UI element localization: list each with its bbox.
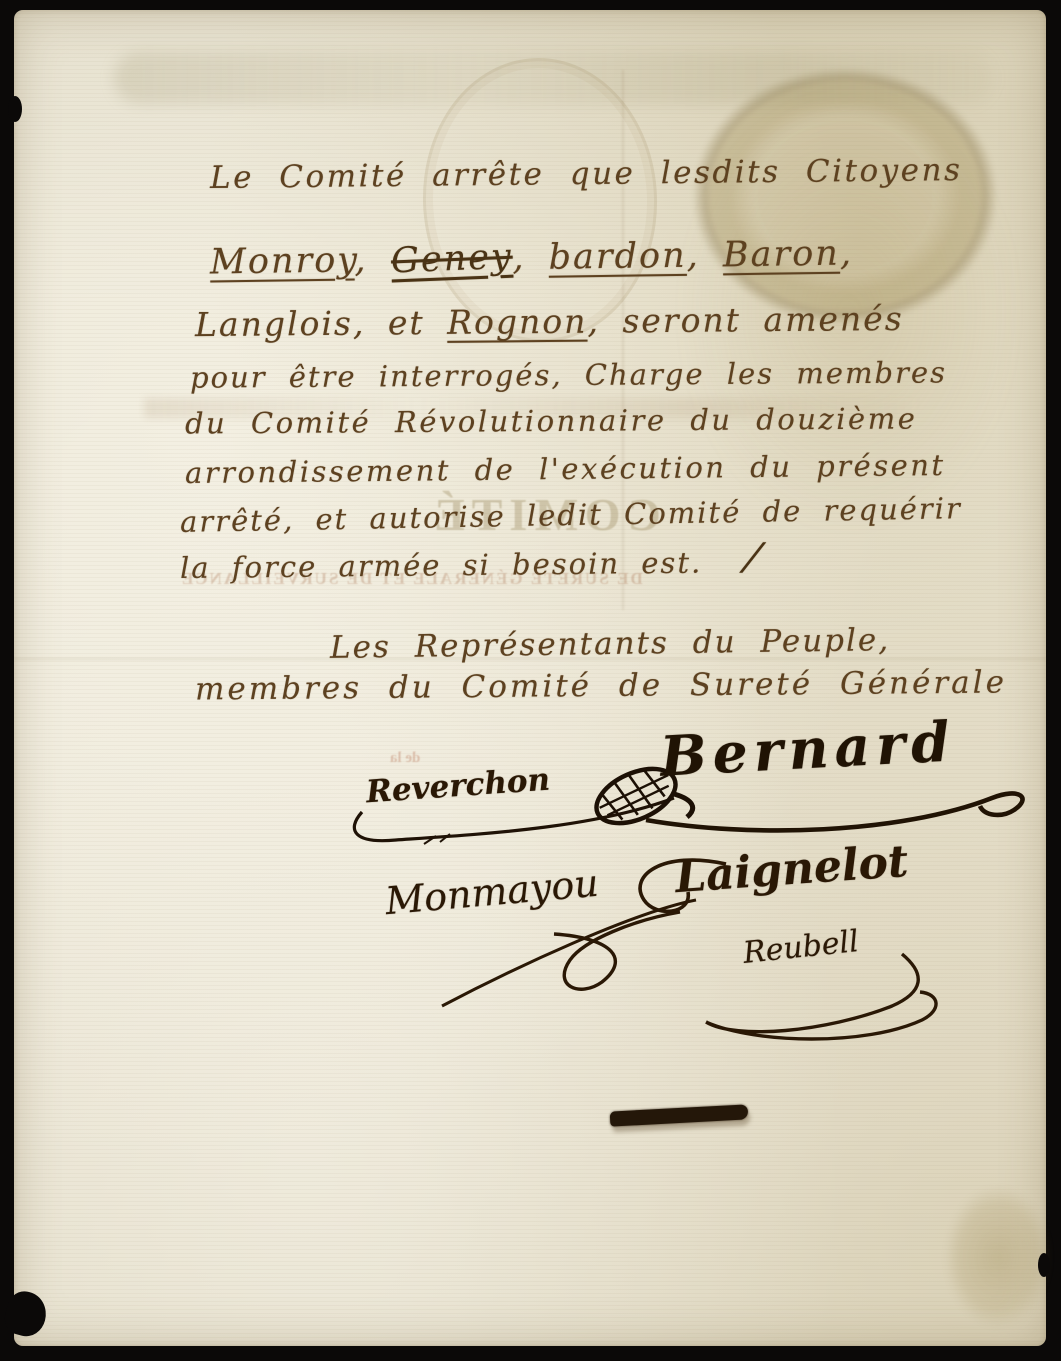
manuscript-line-3: Langlois, et Rognon, seront amenés xyxy=(195,299,904,344)
separator: , xyxy=(354,240,391,281)
arrested-name-monroy: Monroy xyxy=(210,240,355,282)
arrested-name-langlois: Langlois xyxy=(195,304,353,344)
arrested-name-bardon: bardon xyxy=(548,236,687,278)
signature-flourish-reubell xyxy=(696,948,946,1052)
arrested-name-baron: Baron xyxy=(723,234,840,276)
manuscript-line-5: du Comité Révolutionnaire du douzième xyxy=(185,401,918,440)
photo-backdrop: { "artifact": { "background_color": "#0b… xyxy=(0,0,1061,1361)
bleed-smudge-top xyxy=(114,52,994,104)
separator: , et xyxy=(353,303,448,343)
signature-flourish-laignelot xyxy=(622,848,732,938)
closing-line-2: membres du Comité de Sureté Générale xyxy=(195,664,1007,707)
separator: , xyxy=(840,234,854,274)
manuscript-line-8: la force armée si besoin est. ⁄ xyxy=(180,535,759,588)
paraph-mark: ⁄ xyxy=(749,535,758,582)
struck-name-geney: Geney xyxy=(390,237,513,282)
paper-nick-right xyxy=(1038,1253,1050,1277)
ink-dash-mark xyxy=(610,1104,749,1126)
bleedthrough-fragment: de la xyxy=(390,750,420,767)
paper-sheet: COMITÉ DE SURETÉ GÉNÉRALE ET DE SURVEILL… xyxy=(14,10,1046,1346)
paper-nick-left xyxy=(8,96,22,122)
corner-stain xyxy=(942,1182,1054,1332)
separator: , xyxy=(512,238,549,279)
signature-flourish-bernard xyxy=(640,776,1038,838)
arrested-name-rognon: Rognon xyxy=(447,302,588,342)
paper-hole-bottom-left xyxy=(1,1288,50,1340)
line-text: , seront amenés xyxy=(587,299,904,341)
manuscript-line-4: pour être interrogés, Charge les membres xyxy=(190,355,947,394)
line-text: la force armée si besoin est. xyxy=(180,546,703,585)
separator: , xyxy=(686,235,723,276)
